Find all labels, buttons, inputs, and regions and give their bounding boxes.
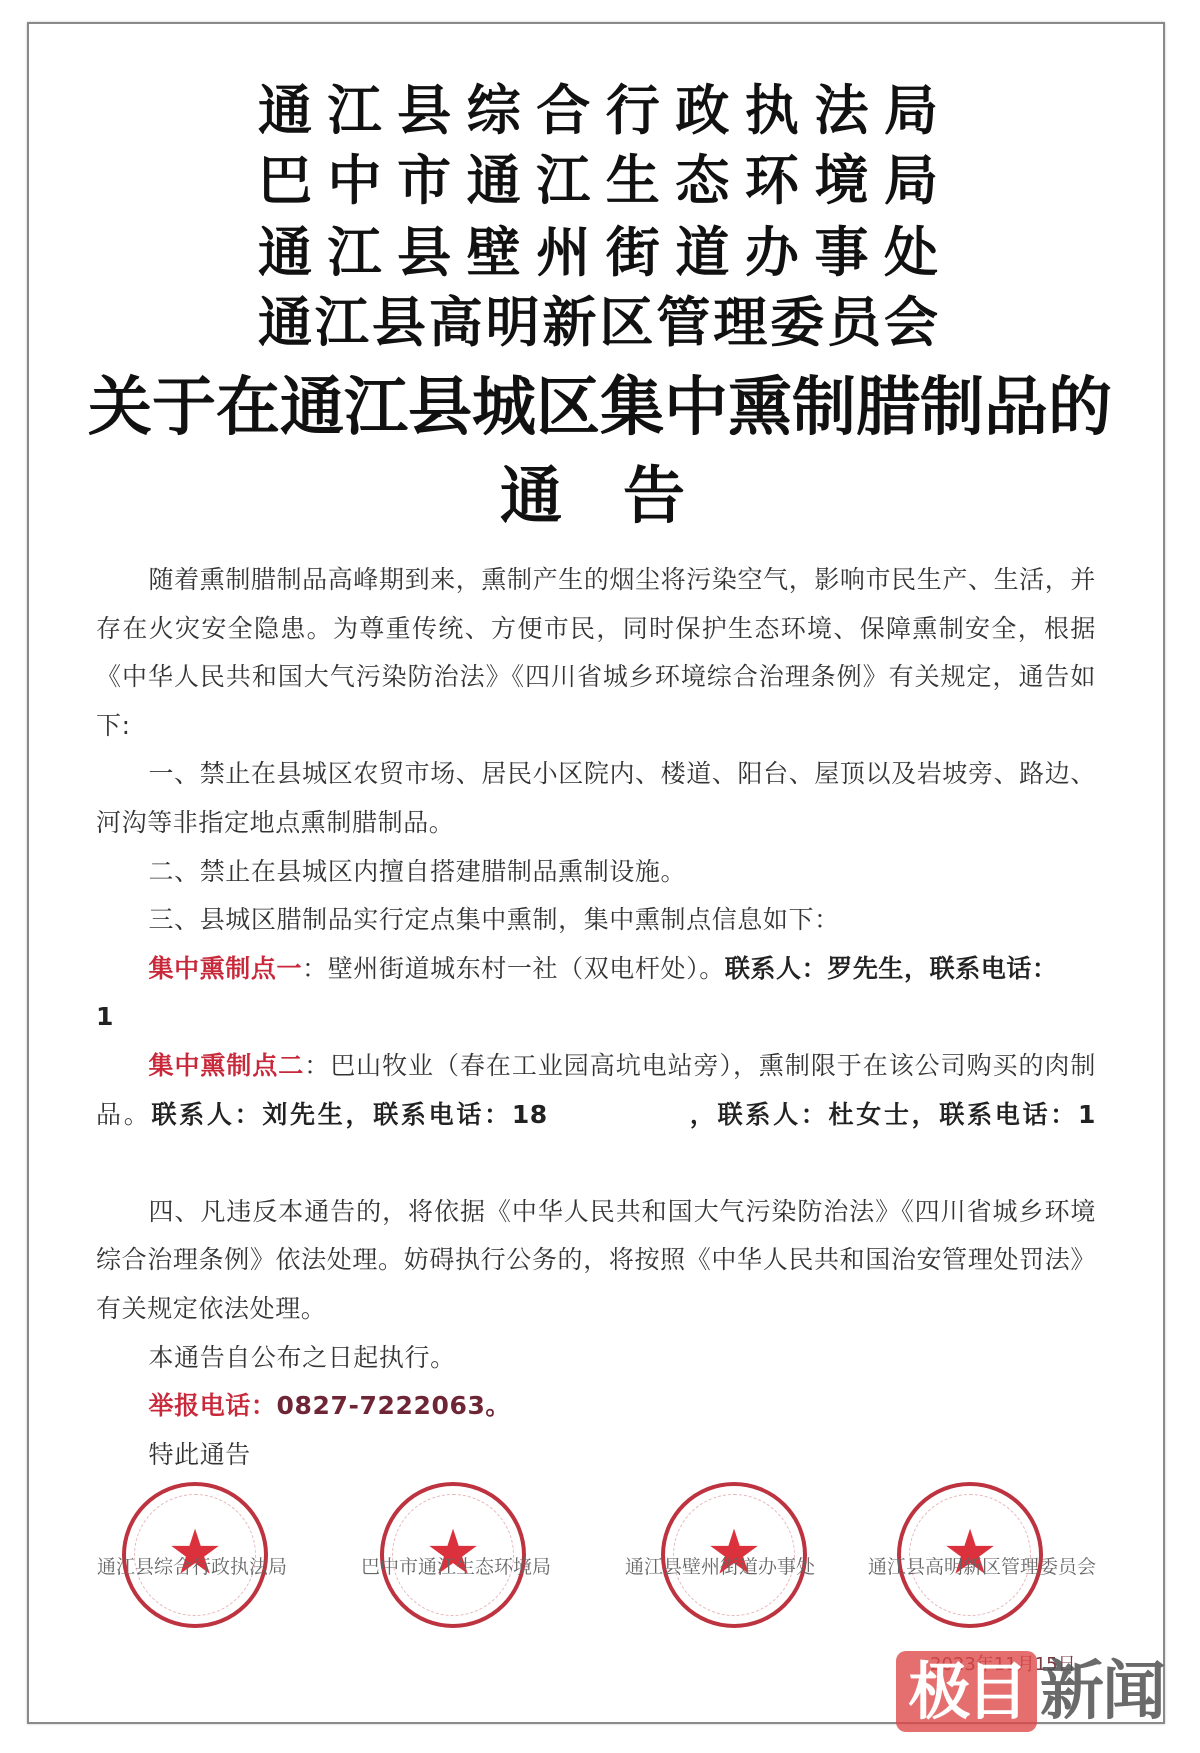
- notice-title: 关于在通江县城区集中熏制腊制品的: [88, 372, 1103, 444]
- site-1-location: ：壁州街道城东村一社（双电杆处）。: [302, 954, 725, 983]
- report-hotline: 举报电话：0827-7222063。: [96, 1382, 1096, 1431]
- issuer-1: 通江县综合行政执法局: [258, 80, 938, 140]
- seal-label-1: 通江县综合行政执法局: [92, 1554, 292, 1580]
- issuer-2: 巴中市通江生态环境局: [258, 150, 938, 210]
- site-2-phone-2: 1: [1078, 1100, 1096, 1129]
- effective-date-note: 本通告自公布之日起执行。: [96, 1334, 1096, 1383]
- site-1-contact: 联系人：罗先生，联系电话：: [725, 954, 1058, 983]
- intro-paragraph: 随着熏制腊制品高峰期到来，熏制产生的烟尘将污染空气，影响市民生产、生活，并存在火…: [96, 556, 1096, 750]
- site-2-contact-1: 联系人：刘先生，联系电话：: [151, 1100, 511, 1129]
- site-2-phone-1: 18: [512, 1100, 548, 1129]
- item-4: 四、凡违反本通告的，将依据《中华人民共和国大气污染防治法》《四川省城乡环境综合治…: [96, 1188, 1096, 1334]
- seal-label-2: 巴中市通江生态环境局: [356, 1554, 556, 1580]
- phone-redaction: x: [96, 1139, 236, 1188]
- item-3: 三、县城区腊制品实行定点集中熏制，集中熏制点信息如下：: [96, 896, 1096, 945]
- issuer-4: 通江县高明新区管理委员会: [258, 292, 938, 352]
- seal-label-3: 通江县壁州街道办事处: [620, 1554, 820, 1580]
- site-1-label: 集中熏制点一: [149, 954, 303, 983]
- site-2: 集中熏制点二：巴山牧业（春在工业园高坑电站旁），熏制限于在该公司购买的肉制品。联…: [96, 1042, 1096, 1188]
- seal-label-4: 通江县高明新区管理委员会: [862, 1554, 1102, 1580]
- watermark-logo-grey: 新闻: [1040, 1651, 1190, 1732]
- issuer-3: 通江县壁州街道办事处: [258, 222, 938, 282]
- closing: 特此通告: [96, 1431, 1096, 1480]
- notice-title-line2: 通告: [500, 460, 685, 532]
- site-1-phone: 1: [44, 993, 115, 1042]
- item-1: 一、禁止在县城区农贸市场、居民小区院内、楼道、阳台、屋顶以及岩坡旁、路边、河沟等…: [96, 750, 1096, 847]
- watermark-logo-red: 极目: [896, 1651, 1037, 1732]
- phone-redaction: x: [548, 1091, 688, 1140]
- report-label: 举报电话：: [149, 1391, 277, 1420]
- item-2: 二、禁止在县城区内擅自搭建腊制品熏制设施。: [96, 848, 1096, 897]
- site-1: 集中熏制点一：壁州街道城东村一社（双电杆处）。联系人：罗先生，联系电话：1x: [96, 945, 1096, 1042]
- report-number: 0827-7222063。: [277, 1391, 512, 1420]
- phone-redaction: x: [114, 993, 254, 1042]
- site-2-contact-2: ，联系人：杜女士，联系电话：: [688, 1100, 1078, 1129]
- site-2-label: 集中熏制点二: [149, 1051, 305, 1080]
- notice-body: 随着熏制腊制品高峰期到来，熏制产生的烟尘将污染空气，影响市民生产、生活，并存在火…: [96, 556, 1096, 1479]
